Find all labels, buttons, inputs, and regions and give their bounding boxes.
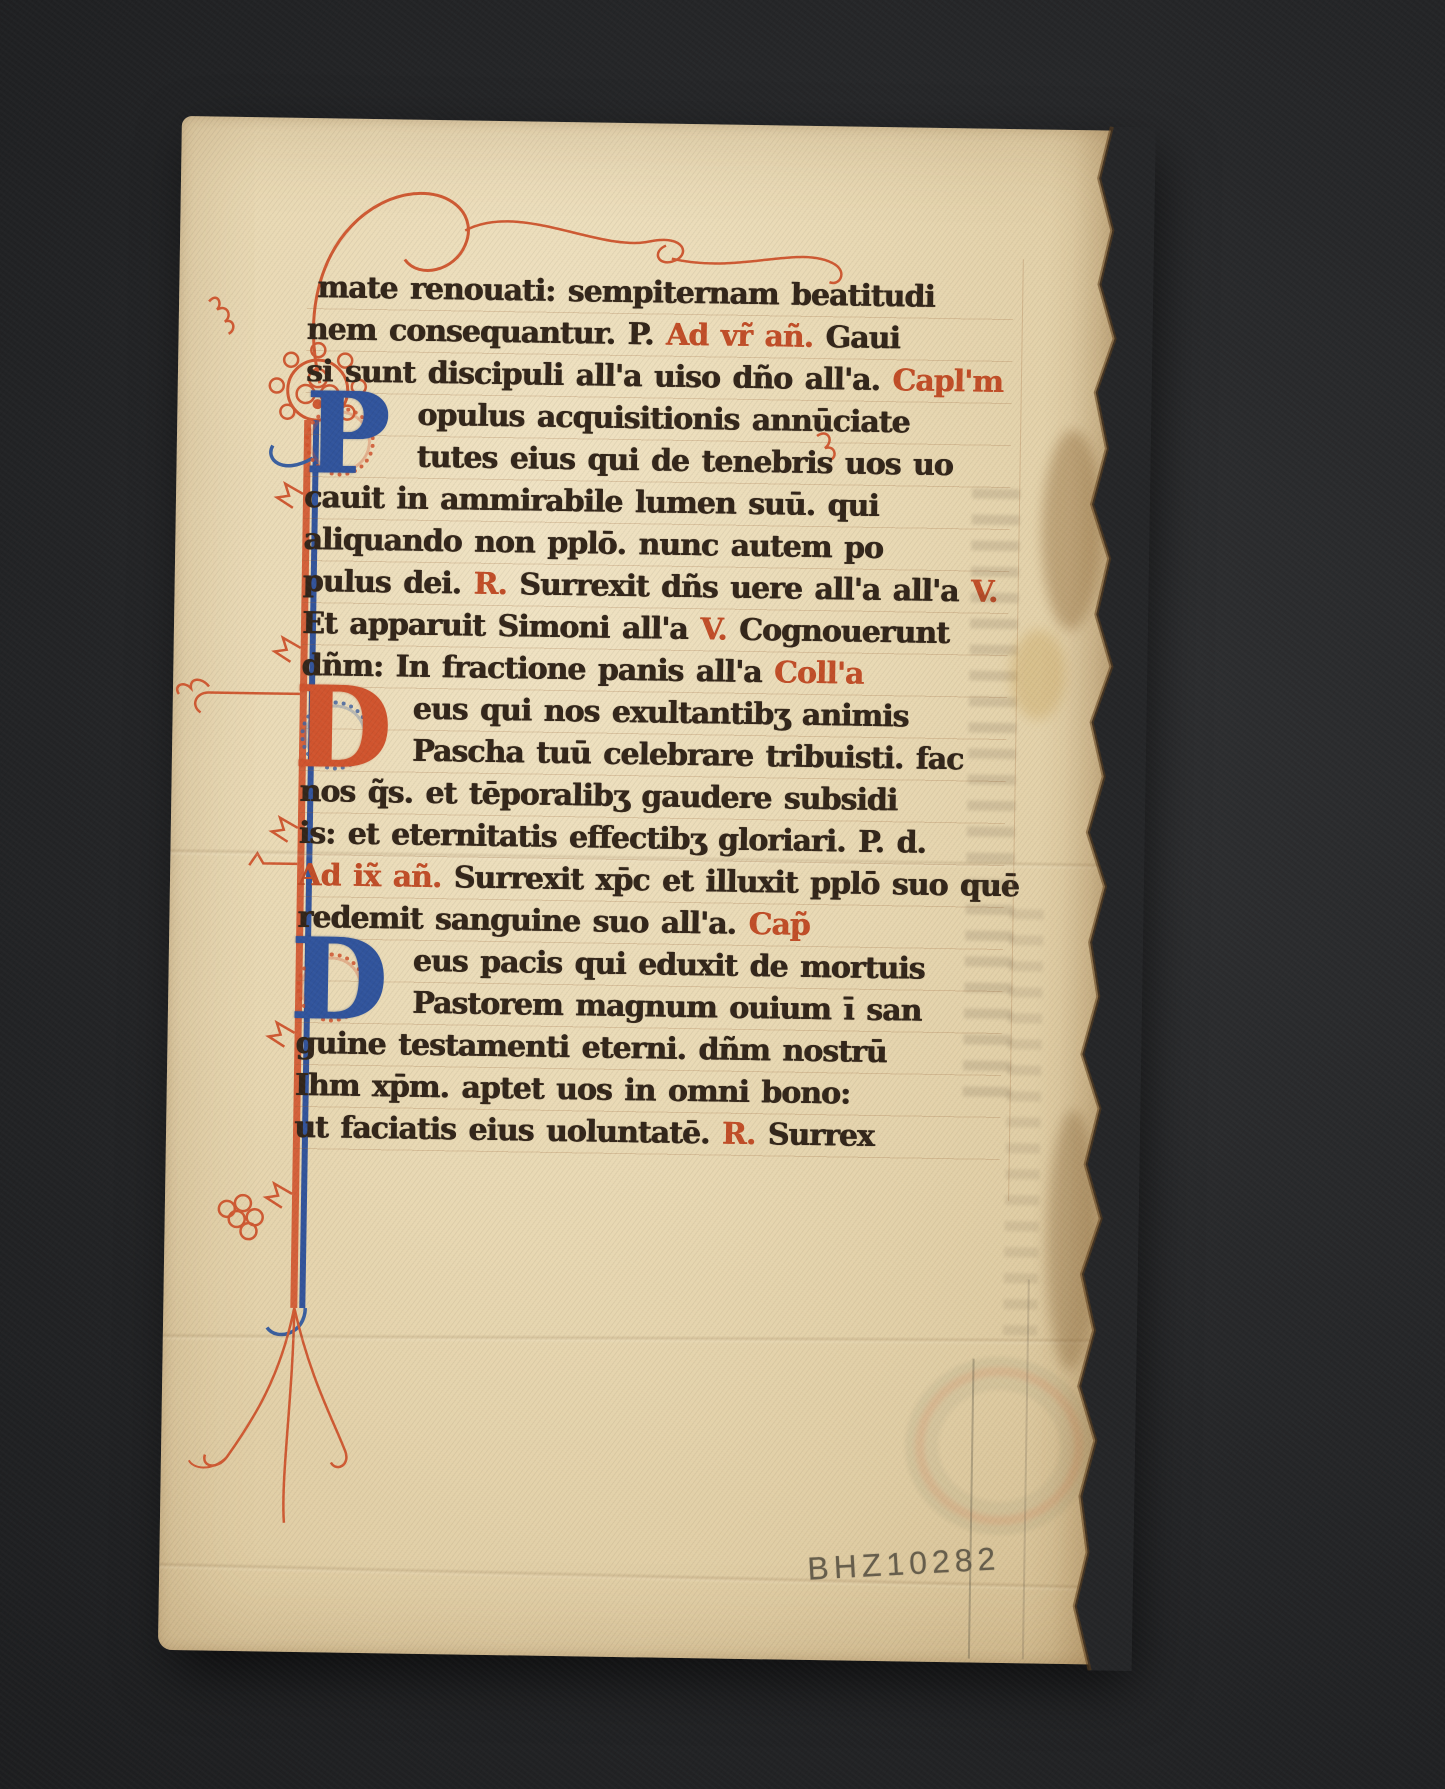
body-text: eus qui nos exultantibʒ animis: [412, 692, 908, 735]
rubric-text: V.: [700, 612, 739, 648]
rubric-text: V.: [971, 574, 998, 609]
ruling-show-through: [968, 1359, 975, 1659]
rubric-text: Coll'a: [774, 655, 864, 691]
rubric-text: Ad vr̃ añ.: [666, 318, 826, 356]
manuscript-leaf: mate renouati: sempiternam beatitudinem …: [158, 116, 1144, 1665]
illuminated-initial-p: P: [284, 382, 410, 514]
ruling-show-through: [1022, 1279, 1030, 1659]
berry-cluster: [218, 1195, 263, 1240]
illuminated-initial-d: D: [275, 928, 401, 1060]
rubric-text: Cap̃: [748, 907, 810, 943]
photo-background: { "scene": { "description_label": "medie…: [0, 0, 1445, 1789]
body-text: pulus dei.: [302, 564, 473, 602]
rubric-text: R.: [473, 567, 519, 603]
show-through-ornament: [914, 1366, 1084, 1527]
illuminated-initial-d: D: [279, 676, 405, 808]
body-text: eus pacis qui eduxit de mortuis: [412, 944, 924, 987]
body-text: aliquando non pplō. nunc autem po: [303, 522, 883, 566]
rubric-text: Capl'm: [892, 363, 1003, 400]
body-text: Surrex: [767, 1117, 874, 1154]
rubric-text: R.: [722, 1117, 768, 1153]
stain-blob: [1010, 629, 1066, 720]
body-text: Ihm xp̄m. aptet uos in omni bono:: [295, 1068, 851, 1112]
body-text: Cognouerunt: [739, 613, 949, 651]
body-text: mate renouati: sempiternam beatitudi: [317, 270, 935, 315]
rubric-text: Ad ix̃ añ.: [298, 858, 454, 895]
body-text: is: et eternitatis effectibʒ gloriari. P…: [298, 816, 926, 861]
body-text: Gaui: [825, 320, 900, 356]
body-text: Pastorem magnum ouium ī san: [412, 986, 922, 1029]
body-text: Pascha tuū celebrare tribuisti. fac: [412, 734, 964, 778]
torn-edge: [1062, 126, 1156, 1671]
body-text: Surrexit xp̄c et illuxit pplō suo quē: [453, 860, 1019, 904]
body-text: Surrexit dñs uere all'a all'a: [519, 567, 971, 609]
body-text: nem consequantur. P.: [306, 312, 666, 353]
body-text: tutes eius qui de tenebris uos uo: [416, 440, 953, 483]
text-block: mate renouati: sempiternam beatitudinem …: [294, 268, 1014, 1171]
body-text: ut faciatis eius uoluntatē.: [294, 1110, 722, 1152]
body-text: opulus acquisitionis annūciate: [417, 398, 910, 441]
body-text: Et apparuit Simoni all'a: [302, 606, 701, 647]
